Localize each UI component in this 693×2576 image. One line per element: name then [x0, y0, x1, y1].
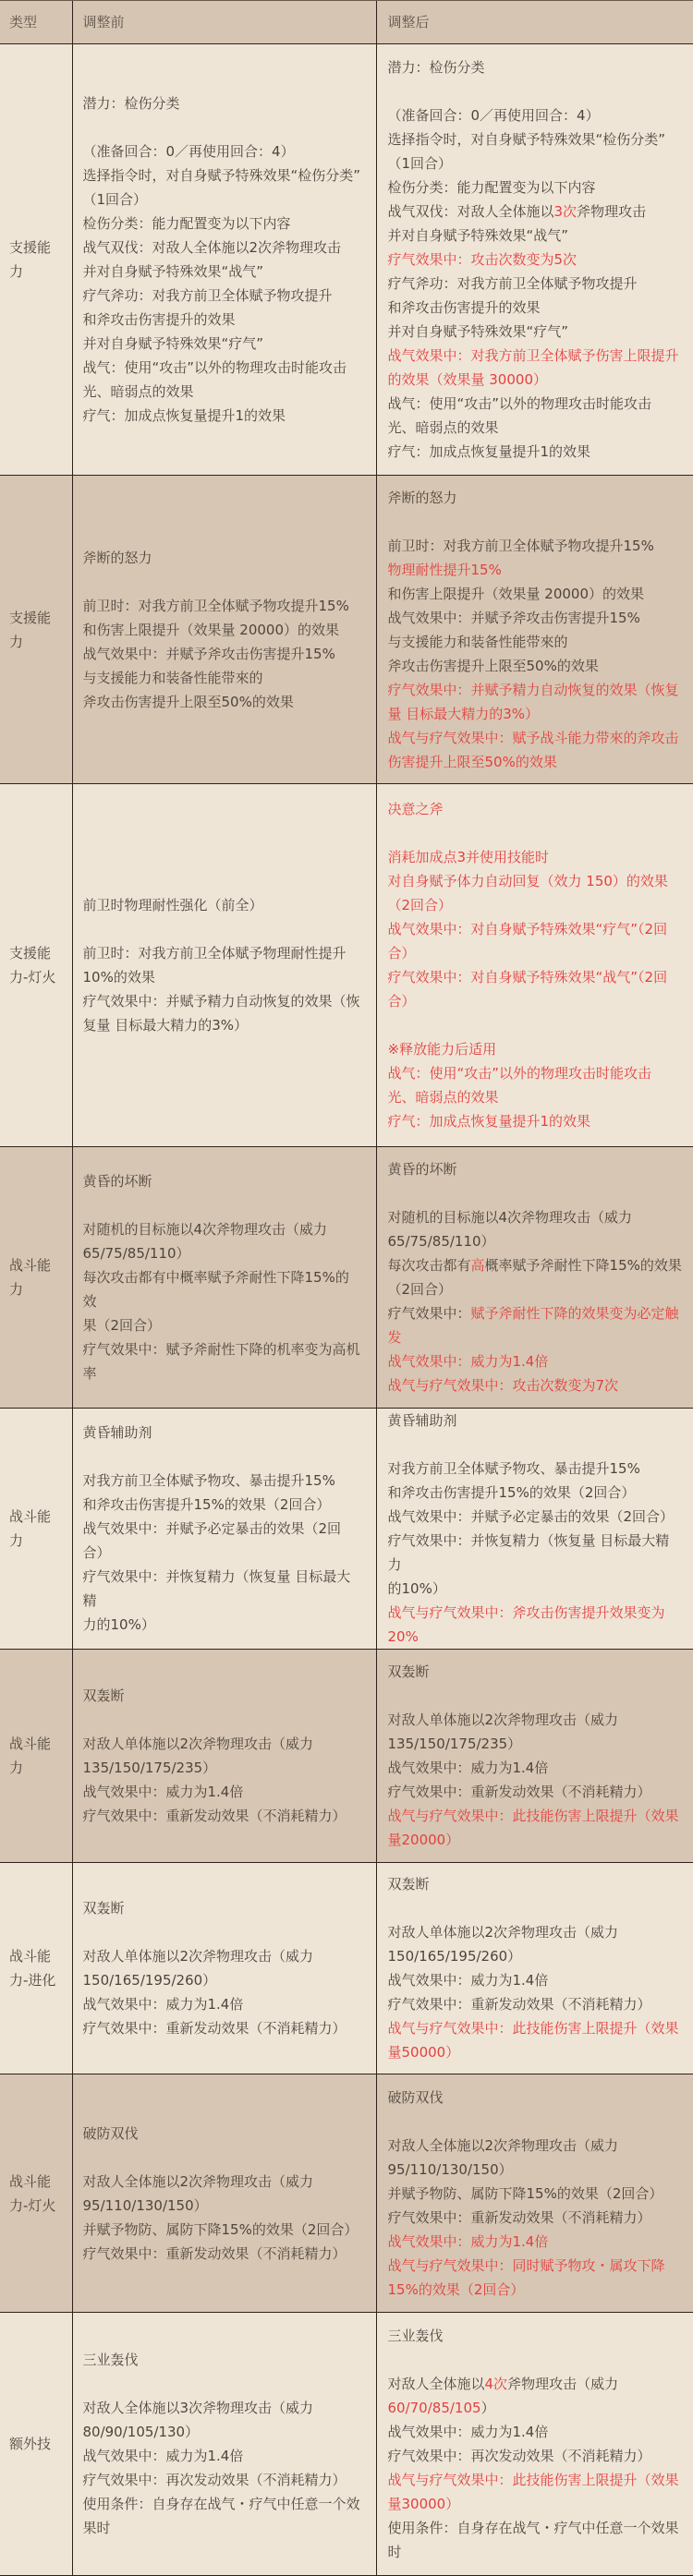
changed-text: 合）: [388, 945, 416, 961]
text-line: 双轰断: [388, 1872, 683, 1896]
text-line: 战气与疗气效果中：此技能伤害上限提升（效果: [388, 2468, 683, 2492]
text-line: 150/165/195/260）: [388, 1944, 683, 1968]
table-body: 支援能力潜力：检伤分类（准备回合：0／再使用回合：4）选择指令时，对自身赋予特殊…: [0, 44, 693, 2576]
text-line: 战气效果中：威力为1.4倍: [83, 2444, 361, 2468]
text-line: （2回合）: [388, 1277, 683, 1301]
text-segment: 疗气效果中：再次发动效果（不消耗精力）: [83, 2472, 346, 2488]
text-line: 战气效果中：威力为1.4倍: [83, 1780, 361, 1804]
text-line: 对我方前卫全体赋予物攻、暴击提升15%: [83, 1469, 361, 1493]
text-line: 使用条件：自身存在战气・疗气中任意一个效: [83, 2492, 361, 2516]
after-cell: 决意之斧消耗加成点3并使用技能时对自身赋予体力自动回复（效力 150）的效果（2…: [376, 784, 693, 1147]
blank-line: [388, 1013, 683, 1037]
text-segment: 疗气斧功：对我方前卫全体赋予物攻提升: [83, 287, 333, 304]
changed-text: 60/70/85/105: [388, 2400, 481, 2416]
text-segment: 黄昏的坏断: [83, 1173, 152, 1190]
text-line: 战气：使用“攻击”以外的物理攻击时能攻击: [388, 392, 683, 416]
text-segment: 65/75/85/110）: [388, 1233, 495, 1250]
after-cell: 双轰断对敌人单体施以2次斧物理攻击（威力150/165/195/260）战气效果…: [376, 1863, 693, 2074]
table-row: 额外技三业轰伐对敌人全体施以3次斧物理攻击（威力80/90/105/130）战气…: [0, 2313, 693, 2576]
text-line: ※释放能力后适用: [388, 1037, 683, 1061]
text-segment: 选择指令时，对自身赋予特殊效果“检伤分类”: [388, 131, 666, 148]
text-segment: 斧攻击伤害提升上限至50%的效果: [388, 658, 599, 674]
text-segment: 斧断的怒力: [388, 490, 457, 506]
type-cell: 战斗能力-进化: [0, 1863, 72, 2074]
text-segment: 和伤害上限提升（效果量 20000）的效果: [83, 622, 340, 638]
text-segment: 战气效果中：威力为1.4倍: [388, 1760, 549, 1776]
text-segment: 和斧攻击伤害提升的效果: [83, 311, 236, 328]
type-cell: 额外技: [0, 2313, 72, 2576]
text-segment: 战气效果中：并赋予必定暴击的效果（2回合）: [388, 1508, 675, 1525]
text-line: 黄昏辅助剂: [83, 1421, 361, 1445]
table-row: 支援能力潜力：检伤分类（准备回合：0／再使用回合：4）选择指令时，对自身赋予特殊…: [0, 44, 693, 476]
text-line: 每次攻击都有高概率赋予斧耐性下降15%的效果: [388, 1253, 683, 1277]
text-segment: 战气效果中：并赋予斧攻击伤害提升15%: [388, 610, 640, 626]
text-segment: （准备回合：0／再使用回合：4）: [83, 143, 295, 160]
text-segment: 150/165/195/260）: [388, 1948, 522, 1965]
text-line: 135/150/175/235）: [388, 1732, 683, 1756]
blank-line: [83, 1920, 361, 1944]
text-line: 并对自身赋予特殊效果“疗气”: [388, 320, 683, 344]
text-line: 黄昏的坏断: [83, 1169, 361, 1193]
changed-text: 战气与疗气效果中：斧攻击伤害提升效果变为: [388, 1604, 665, 1621]
text-line: 复量 目标最大精力的3%）: [83, 1013, 361, 1037]
text-line: 斧断的怒力: [388, 486, 683, 510]
after-cell: 三业轰伐对敌人全体施以4次斧物理攻击（威力60/70/85/105）战气效果中：…: [376, 2313, 693, 2576]
text-segment: 每次攻击都有中概率赋予斧耐性下降15%的效: [83, 1269, 349, 1310]
text-segment: ）: [481, 2400, 495, 2416]
text-line: 战气效果中：并赋予斧攻击伤害提升15%: [83, 642, 361, 666]
table-row: 战斗能力黄昏的坏断对随机的目标施以4次斧物理攻击（威力65/75/85/110）…: [0, 1147, 693, 1409]
blank-line: [388, 1181, 683, 1205]
text-line: 95/110/130/150）: [388, 2158, 683, 2182]
before-cell: 前卫时物理耐性强化（前全）前卫时：对我方前卫全体赋予物理耐性提升10%的效果疗气…: [72, 784, 376, 1147]
text-segment: 破防双伐: [83, 2125, 139, 2142]
text-line: 对随机的目标施以4次斧物理攻击（威力: [388, 1205, 683, 1229]
text-line: 和斧攻击伤害提升的效果: [388, 296, 683, 320]
changed-text: 合）: [388, 993, 416, 1010]
text-segment: 战气双伐：对敌人全体施以2次斧物理攻击: [83, 239, 342, 256]
text-line: 和斧攻击伤害提升的效果: [83, 308, 361, 332]
text-line: 并赋予物防、属防下降15%的效果（2回合）: [388, 2182, 683, 2206]
text-segment: 合）: [83, 1544, 111, 1561]
type-cell: 支援能力: [0, 476, 72, 784]
changed-text: 量 目标最大精力的3%）: [388, 706, 540, 722]
text-segment: 与支援能力和装备性能带來的: [388, 634, 568, 650]
text-line: 疗气效果中：并恢复精力（恢复量 目标最大精: [83, 1565, 361, 1613]
blank-line: [83, 115, 361, 139]
text-line: 双轰断: [388, 1660, 683, 1684]
text-segment: （准备回合：0／再使用回合：4）: [388, 107, 600, 124]
text-line: 战气效果中：威力为1.4倍: [83, 1992, 361, 2016]
changed-text: 战气与疗气效果中：此技能伤害上限提升（效果: [388, 2020, 679, 2037]
text-segment: 前卫时：对我方前卫全体赋予物攻提升15%: [83, 598, 349, 614]
text-line: 前卫时：对我方前卫全体赋予物理耐性提升: [83, 941, 361, 965]
text-line: 疗气效果中：重新发动效果（不消耗精力）: [388, 1780, 683, 1804]
text-segment: 战气双伐：对敌人全体施以: [388, 203, 554, 220]
text-segment: （1回合）: [83, 191, 148, 208]
text-segment: 战气：使用“攻击”以外的物理攻击时能攻击: [83, 359, 347, 376]
text-line: 战气效果中：并赋予必定暴击的效果（2回合）: [388, 1505, 683, 1529]
changed-text: 战气与疗气效果中：同时赋予物攻・属攻下降: [388, 2257, 665, 2274]
text-segment: 与支援能力和装备性能带來的: [83, 670, 263, 686]
changed-text: 决意之斧: [388, 801, 444, 817]
text-segment: 135/150/175/235）: [388, 1735, 522, 1752]
text-segment: 并赋予物防、属防下降15%的效果（2回合）: [83, 2221, 359, 2238]
type-cell: 战斗能力: [0, 1650, 72, 1863]
text-line: 135/150/175/235）: [83, 1756, 361, 1780]
text-segment: 和斧攻击伤害提升15%的效果（2回合）: [388, 1484, 636, 1501]
text-line: 潜力：检伤分类: [83, 91, 361, 115]
text-segment: 并对自身赋予特殊效果“战气”: [83, 263, 264, 280]
text-segment: 对我方前卫全体赋予物攻、暴击提升15%: [83, 1472, 335, 1489]
text-segment: 对我方前卫全体赋予物攻、暴击提升15%: [388, 1460, 640, 1477]
text-line: 150/165/195/260）: [83, 1968, 361, 1992]
table-row: 支援能力斧断的怒力前卫时：对我方前卫全体赋予物攻提升15%和伤害上限提升（效果量…: [0, 476, 693, 784]
text-line: 战气效果中：对自身赋予特殊效果“疗气”（2回: [388, 917, 683, 941]
text-line: 战气与疗气效果中：攻击次数变为7次: [388, 1373, 683, 1397]
changed-text: 疗气效果中：对自身赋予特殊效果“战气”（2回: [388, 969, 668, 986]
text-line: 物理耐性提升15%: [388, 558, 683, 582]
text-segment: 力的10%）: [83, 1616, 155, 1633]
text-segment: 双轰断: [83, 1687, 125, 1704]
blank-line: [83, 1193, 361, 1217]
text-segment: 95/110/130/150）: [83, 2197, 208, 2214]
changed-text: 对自身赋予体力自动回复（效力 150）的效果: [388, 873, 668, 889]
text-segment: 光、暗弱点的效果: [388, 419, 499, 436]
text-line: 和伤害上限提升（效果量 20000）的效果: [83, 618, 361, 642]
text-segment: 双轰断: [83, 1900, 125, 1917]
header-after: 调整后: [376, 1, 693, 44]
blank-line: [388, 79, 683, 103]
text-line: 对自身赋予体力自动回复（效力 150）的效果: [388, 869, 683, 893]
changed-text: 疗气效果中：并赋予精力自动恢复的效果（恢复: [388, 682, 679, 698]
changed-text: 量30000）: [388, 2496, 460, 2512]
text-segment: 并对自身赋予特殊效果“战气”: [388, 227, 569, 244]
text-segment: 战气效果中：并赋予斧攻击伤害提升15%: [83, 646, 335, 662]
text-line: 对敌人单体施以2次斧物理攻击（威力: [388, 1708, 683, 1732]
text-line: 疗气效果中：对自身赋予特殊效果“战气”（2回: [388, 965, 683, 989]
text-segment: 对敌人全体施以2次斧物理攻击（威力: [388, 2137, 619, 2154]
text-segment: 疗气效果中：重新发动效果（不消耗精力）: [83, 1808, 346, 1824]
text-segment: 三业轰伐: [83, 2352, 139, 2368]
before-cell: 潜力：检伤分类（准备回合：0／再使用回合：4）选择指令时，对自身赋予特殊效果“检…: [72, 44, 376, 476]
text-segment: 果（2回合）: [83, 1317, 162, 1334]
text-line: 和伤害上限提升（效果量 20000）的效果: [388, 582, 683, 606]
text-line: 伤害提升上限至50%的效果: [388, 750, 683, 774]
text-line: 对敌人全体施以3次斧物理攻击（威力: [83, 2396, 361, 2420]
text-line: 并对自身赋予特殊效果“疗气”: [83, 332, 361, 356]
text-line: 三业轰伐: [388, 2324, 683, 2348]
text-line: 60/70/85/105）: [388, 2396, 683, 2420]
type-cell: 战斗能力-灯火: [0, 2074, 72, 2313]
text-line: 疗气效果中：赋予斧耐性下降的机率变为高机: [83, 1337, 361, 1361]
text-line: 疗气效果中：重新发动效果（不消耗精力）: [83, 1804, 361, 1828]
text-line: 与支援能力和装备性能带來的: [83, 666, 361, 690]
text-line: 疗气斧功：对我方前卫全体赋予物攻提升: [388, 272, 683, 296]
blank-line: [83, 2146, 361, 2170]
text-segment: 潜力：检伤分类: [388, 59, 485, 76]
text-line: 并对自身赋予特殊效果“战气”: [388, 224, 683, 248]
text-segment: 疗气效果中：重新发动效果（不消耗精力）: [83, 2245, 346, 2262]
text-line: 战气效果中：对我方前卫全体赋予伤害上限提升: [388, 344, 683, 368]
text-line: 量30000）: [388, 2492, 683, 2516]
text-segment: 疗气：加成点恢复量提升1的效果: [388, 443, 591, 460]
before-cell: 黄昏辅助剂对我方前卫全体赋予物攻、暴击提升15%和斧攻击伤害提升15%的效果（2…: [72, 1409, 376, 1650]
text-line: 量20000）: [388, 1828, 683, 1852]
text-segment: 疗气效果中：并恢复精力（恢复量 目标最大精: [83, 1568, 351, 1609]
before-cell: 斧断的怒力前卫时：对我方前卫全体赋予物攻提升15%和伤害上限提升（效果量 200…: [72, 476, 376, 784]
text-line: 疗气效果中：再次发动效果（不消耗精力）: [83, 2468, 361, 2492]
changed-text: 20%: [388, 1628, 419, 1645]
type-cell: 支援能力: [0, 44, 72, 476]
table-row: 战斗能力黄昏辅助剂对我方前卫全体赋予物攻、暴击提升15%和斧攻击伤害提升15%的…: [0, 1409, 693, 1650]
text-line: 战气：使用“攻击”以外的物理攻击时能攻击: [388, 1061, 683, 1085]
blank-line: [83, 2372, 361, 2396]
after-cell: 斧断的怒力前卫时：对我方前卫全体赋予物攻提升15%物理耐性提升15%和伤害上限提…: [376, 476, 693, 784]
text-line: 疗气效果中：重新发动效果（不消耗精力）: [388, 2206, 683, 2230]
text-line: 双轰断: [83, 1896, 361, 1920]
text-segment: 疗气效果中：重新发动效果（不消耗精力）: [388, 1784, 651, 1800]
text-line: 疗气效果中：并恢复精力（恢复量 目标最大精力: [388, 1529, 683, 1577]
text-line: 斧攻击伤害提升上限至50%的效果: [83, 690, 361, 714]
text-line: 疗气效果中：并赋予精力自动恢复的效果（恢: [83, 989, 361, 1013]
text-line: 战气与疗气效果中：此技能伤害上限提升（效果: [388, 2016, 683, 2040]
text-line: 战气效果中：威力为1.4倍: [388, 1349, 683, 1373]
text-segment: 双轰断: [388, 1663, 430, 1680]
type-cell: 战斗能力: [0, 1147, 72, 1409]
text-line: 黄昏的坏断: [388, 1157, 683, 1181]
changed-text: 物理耐性提升15%: [388, 562, 502, 578]
text-segment: 和斧攻击伤害提升15%的效果（2回合）: [83, 1496, 331, 1513]
text-segment: 战气效果中：威力为1.4倍: [388, 2424, 549, 2440]
text-line: 潜力：检伤分类: [388, 55, 683, 79]
text-line: 疗气：加成点恢复量提升1的效果: [388, 1109, 683, 1133]
text-line: （1回合）: [388, 151, 683, 175]
blank-line: [388, 510, 683, 534]
blank-line: [83, 570, 361, 594]
text-segment: 对敌人单体施以2次斧物理攻击（威力: [388, 1711, 619, 1728]
text-segment: 每次攻击都有: [388, 1257, 471, 1274]
text-line: 疗气效果中：重新发动效果（不消耗精力）: [83, 2016, 361, 2040]
text-segment: 战气：使用“攻击”以外的物理攻击时能攻击: [388, 395, 652, 412]
text-line: 消耗加成点3并使用技能时: [388, 845, 683, 869]
text-segment: 使用条件：自身存在战气・疗气中任意一个效: [83, 2496, 360, 2512]
text-segment: 三业轰伐: [388, 2328, 444, 2344]
before-cell: 三业轰伐对敌人全体施以3次斧物理攻击（威力80/90/105/130）战气效果中…: [72, 2313, 376, 2576]
changed-text: 战气效果中：对我方前卫全体赋予伤害上限提升: [388, 347, 679, 364]
text-line: 对我方前卫全体赋予物攻、暴击提升15%: [388, 1457, 683, 1481]
text-segment: 斧攻击伤害提升上限至50%的效果: [83, 694, 294, 710]
text-line: 斧攻击伤害提升上限至50%的效果: [388, 654, 683, 678]
text-line: 力的10%）: [83, 1613, 361, 1637]
text-segment: 双轰断: [388, 1876, 430, 1893]
changed-text: ※释放能力后适用: [388, 1041, 497, 1058]
changed-text: 战气：使用“攻击”以外的物理攻击时能攻击: [388, 1065, 652, 1082]
text-segment: 前卫时：对我方前卫全体赋予物攻提升15%: [388, 538, 654, 554]
before-cell: 双轰断对敌人单体施以2次斧物理攻击（威力135/150/175/235）战气效果…: [72, 1650, 376, 1863]
text-segment: 光、暗弱点的效果: [83, 383, 194, 400]
text-line: （2回合）: [388, 893, 683, 917]
changed-text: 疗气：加成点恢复量提升1的效果: [388, 1113, 591, 1130]
text-segment: 战气效果中：威力为1.4倍: [83, 1996, 244, 2013]
text-line: 战气效果中：威力为1.4倍: [388, 1968, 683, 1992]
text-line: （准备回合：0／再使用回合：4）: [83, 139, 361, 163]
table-row: 战斗能力双轰断对敌人单体施以2次斧物理攻击（威力135/150/175/235）…: [0, 1650, 693, 1863]
text-line: 时: [388, 2540, 683, 2564]
blank-line: [388, 2110, 683, 2134]
changed-text: 疗气效果中：攻击次数变为5次: [388, 251, 577, 268]
blank-line: [388, 821, 683, 845]
table-row: 支援能力-灯火前卫时物理耐性强化（前全）前卫时：对我方前卫全体赋予物理耐性提升1…: [0, 784, 693, 1147]
text-segment: 对随机的目标施以4次斧物理攻击（威力: [388, 1209, 633, 1226]
text-line: （1回合）: [83, 187, 361, 212]
text-line: 对敌人全体施以4次斧物理攻击（威力: [388, 2372, 683, 2396]
text-segment: 对敌人全体施以3次斧物理攻击（威力: [83, 2400, 314, 2416]
text-line: 和斧攻击伤害提升15%的效果（2回合）: [83, 1493, 361, 1517]
text-segment: 疗气效果中：并恢复精力（恢复量 目标最大精力: [388, 1532, 670, 1573]
text-segment: 135/150/175/235）: [83, 1760, 217, 1776]
text-segment: 并对自身赋予特殊效果“疗气”: [388, 323, 569, 340]
text-segment: 检伤分类：能力配置变为以下内容: [388, 179, 596, 196]
text-segment: 和伤害上限提升（效果量 20000）的效果: [388, 586, 645, 602]
changed-text: 4次: [485, 2376, 508, 2392]
blank-line: [388, 2348, 683, 2372]
before-cell: 黄昏的坏断对随机的目标施以4次斧物理攻击（威力65/75/85/110）每次攻击…: [72, 1147, 376, 1409]
text-line: 前卫时：对我方前卫全体赋予物攻提升15%: [388, 534, 683, 558]
blank-line: [388, 1433, 683, 1457]
type-cell: 战斗能力: [0, 1409, 72, 1650]
text-line: 战气双伐：对敌人全体施以2次斧物理攻击: [83, 236, 361, 260]
text-line: 战气效果中：并赋予必定暴击的效果（2回: [83, 1517, 361, 1541]
text-segment: 潜力：检伤分类: [83, 95, 180, 112]
text-line: 战气效果中：威力为1.4倍: [388, 2420, 683, 2444]
text-line: 20%: [388, 1625, 683, 1649]
text-line: 的10%）: [388, 1577, 683, 1601]
text-line: 合）: [388, 989, 683, 1013]
changed-text: 战气与疗气效果中：此技能伤害上限提升（效果: [388, 1808, 679, 1824]
text-line: 对随机的目标施以4次斧物理攻击（威力: [83, 1217, 361, 1241]
text-line: 战气与疗气效果中：同时赋予物攻・属攻下降: [388, 2254, 683, 2278]
changed-text: 战气与疗气效果中：攻击次数变为7次: [388, 1377, 619, 1394]
after-cell: 黄昏的坏断对随机的目标施以4次斧物理攻击（威力65/75/85/110）每次攻击…: [376, 1147, 693, 1409]
text-line: 的效果（效果量 30000）: [388, 368, 683, 392]
changed-text: （2回合）: [388, 897, 453, 913]
text-segment: 战气效果中：并赋予必定暴击的效果（2回: [83, 1520, 342, 1537]
text-segment: 战气效果中：威力为1.4倍: [83, 2448, 244, 2464]
table-row: 战斗能力-灯火破防双伐对敌人全体施以2次斧物理攻击（威力95/110/130/1…: [0, 2074, 693, 2313]
text-line: 疗气效果中：重新发动效果（不消耗精力）: [83, 2242, 361, 2266]
text-line: 检伤分类：能力配置变为以下内容: [388, 175, 683, 200]
text-line: 斧断的怒力: [83, 546, 361, 570]
text-line: 对敌人单体施以2次斧物理攻击（威力: [83, 1732, 361, 1756]
text-line: 每次攻击都有中概率赋予斧耐性下降15%的效: [83, 1265, 361, 1313]
text-segment: 使用条件：自身存在战气・疗气中任意一个效果: [388, 2520, 679, 2536]
text-line: 对敌人全体施以2次斧物理攻击（威力: [388, 2134, 683, 2158]
text-line: 量50000）: [388, 2040, 683, 2064]
text-line: 率: [83, 1361, 361, 1385]
text-line: 疗气效果中：重新发动效果（不消耗精力）: [388, 1992, 683, 2016]
text-line: 前卫时物理耐性强化（前全）: [83, 893, 361, 917]
text-segment: 战气效果中：威力为1.4倍: [388, 1972, 549, 1989]
text-line: 65/75/85/110）: [388, 1229, 683, 1253]
changed-text: 15%的效果（2回合）: [388, 2281, 525, 2298]
changed-text: 的效果（效果量 30000）: [388, 371, 548, 388]
text-segment: 疗气效果中：: [388, 1305, 471, 1322]
text-line: 对敌人全体施以2次斧物理攻击（威力: [83, 2170, 361, 2194]
type-cell: 支援能力-灯火: [0, 784, 72, 1147]
header-before: 调整前: [72, 1, 376, 44]
text-line: 10%的效果: [83, 965, 361, 989]
text-segment: 并对自身赋予特殊效果“疗气”: [83, 335, 264, 352]
changed-text: 量20000）: [388, 1832, 460, 1848]
text-segment: 战气效果中：威力为1.4倍: [83, 1784, 244, 1800]
text-segment: 并赋予物防、属防下降15%的效果（2回合）: [388, 2185, 663, 2202]
text-segment: 对敌人单体施以2次斧物理攻击（威力: [388, 1924, 619, 1941]
after-cell: 双轰断对敌人单体施以2次斧物理攻击（威力135/150/175/235）战气效果…: [376, 1650, 693, 1863]
text-line: 使用条件：自身存在战气・疗气中任意一个效果: [388, 2516, 683, 2540]
text-segment: 80/90/105/130）: [83, 2424, 200, 2440]
text-segment: 和斧攻击伤害提升的效果: [388, 299, 541, 316]
text-line: 果时: [83, 2516, 361, 2540]
changed-text: 伤害提升上限至50%的效果: [388, 754, 557, 770]
text-segment: 果时: [83, 2520, 111, 2536]
text-line: 三业轰伐: [83, 2348, 361, 2372]
text-segment: 选择指令时，对自身赋予特殊效果“检伤分类”: [83, 167, 361, 184]
text-segment: （2回合）: [388, 1281, 453, 1298]
header-type: 类型: [0, 1, 72, 44]
text-segment: 对敌人单体施以2次斧物理攻击（威力: [83, 1948, 314, 1965]
text-line: 战气效果中：并赋予斧攻击伤害提升15%: [388, 606, 683, 630]
text-segment: 斧物理攻击: [577, 203, 646, 220]
text-line: 战气：使用“攻击”以外的物理攻击时能攻击: [83, 356, 361, 380]
changed-text: 赋予斧耐性下降的效果变为必定触: [471, 1305, 679, 1322]
text-segment: 黄昏的坏断: [388, 1161, 457, 1178]
header-row: 类型 调整前 调整后: [0, 1, 693, 44]
text-line: 疗气：加成点恢复量提升1的效果: [388, 440, 683, 464]
text-line: 双轰断: [83, 1684, 361, 1708]
blank-line: [83, 917, 361, 941]
text-segment: 疗气：加成点恢复量提升1的效果: [83, 407, 286, 424]
text-line: 疗气斧功：对我方前卫全体赋予物攻提升: [83, 284, 361, 308]
skill-adjustment-page: 类型 调整前 调整后 支援能力潜力：检伤分类（准备回合：0／再使用回合：4）选择…: [0, 0, 693, 2576]
blank-line: [388, 1896, 683, 1920]
text-line: 发: [388, 1325, 683, 1349]
blank-line: [83, 1445, 361, 1469]
text-line: （准备回合：0／再使用回合：4）: [388, 103, 683, 127]
text-segment: 对敌人全体施以: [388, 2376, 485, 2392]
text-segment: 黄昏辅助剂: [388, 1412, 457, 1429]
after-cell: 破防双伐对敌人全体施以2次斧物理攻击（威力95/110/130/150）并赋予物…: [376, 2074, 693, 2313]
changed-text: 发: [388, 1329, 402, 1346]
text-line: 黄昏辅助剂: [388, 1409, 683, 1433]
table-row: 战斗能力-进化双轰断对敌人单体施以2次斧物理攻击（威力150/165/195/2…: [0, 1863, 693, 2074]
text-segment: 前卫时物理耐性强化（前全）: [83, 897, 263, 913]
text-line: 破防双伐: [388, 2086, 683, 2110]
text-line: 与支援能力和装备性能带來的: [388, 630, 683, 654]
before-cell: 破防双伐对敌人全体施以2次斧物理攻击（威力95/110/130/150）并赋予物…: [72, 2074, 376, 2313]
text-segment: 检伤分类：能力配置变为以下内容: [83, 215, 291, 232]
text-line: 并对自身赋予特殊效果“战气”: [83, 260, 361, 284]
text-line: 战气与疗气效果中：赋予战斗能力带來的斧攻击: [388, 726, 683, 750]
changed-text: 光、暗弱点的效果: [388, 1089, 499, 1106]
text-line: 选择指令时，对自身赋予特殊效果“检伤分类”: [83, 163, 361, 187]
text-line: 光、暗弱点的效果: [83, 380, 361, 404]
changed-text: 战气与疗气效果中：赋予战斗能力带來的斧攻击: [388, 730, 679, 746]
text-line: 光、暗弱点的效果: [388, 1085, 683, 1109]
changed-text: 战气效果中：威力为1.4倍: [388, 1353, 549, 1370]
blank-line: [83, 1708, 361, 1732]
text-segment: 疗气斧功：对我方前卫全体赋予物攻提升: [388, 275, 638, 292]
